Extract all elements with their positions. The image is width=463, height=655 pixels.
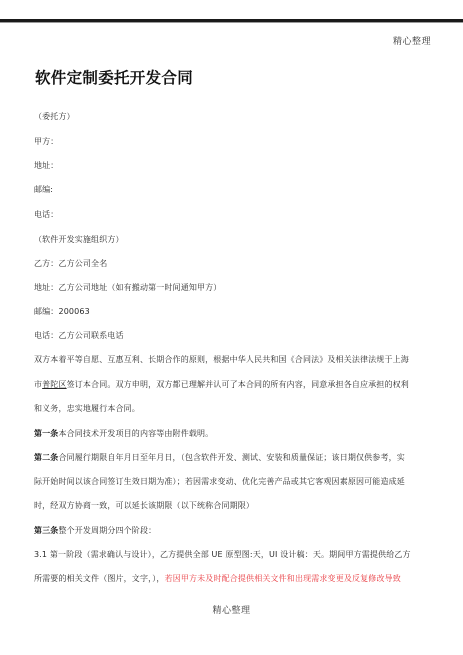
clause-3-1-highlighted-text: 若因甲方未及时配合提供相关文件和出现需求变更及反复修改导致 [165, 574, 401, 583]
preamble-location-underlined: 普陀区 [42, 380, 66, 389]
party-a-address-label: 地址： [34, 160, 58, 171]
party-a-postcode-label: 邮编: [34, 184, 53, 195]
clause-3-1-line-1: 3.1 第一阶段（需求确认与设计），乙方提供全部 UE 原型图:天，UI 设计稿… [34, 549, 411, 560]
document-title: 软件定制委托开发合同 [35, 66, 193, 88]
clause-2-text-1: 合同履行期限自年月日至年月日，（包含软件开发、测试、安装和质量保证；该日期仅供参… [58, 453, 404, 462]
preamble-line-2: 市普陀区签订本合同。双方申明，双方都已理解并认可了本合同的所有内容，同意承担各自… [34, 379, 409, 390]
party-b-role: （软件开发实施组织方） [34, 234, 124, 245]
party-a-phone-label: 电话： [34, 209, 58, 220]
clause-1-label: 第一条 [34, 429, 58, 438]
footer-note: 精心整理 [0, 603, 463, 616]
preamble-line-1: 双方本着平等自愿、互惠互利、长期合作的原则，根据中华人民共和国《合同法》及相关法… [34, 354, 409, 365]
clause-3: 第三条整个开发周期分四个阶段： [34, 525, 156, 536]
party-b-postcode: 邮编：200063 [34, 306, 90, 317]
party-a-role: （委托方） [34, 111, 75, 122]
clause-1: 第一条本合同技术开发项目的内容等由附件载明。 [34, 428, 213, 439]
clause-2-line-2: 际开始时间以该合同签订生效日期为准）；若因需求变动、优化完善产品或其它客观因素原… [34, 476, 405, 487]
clause-3-label: 第三条 [34, 526, 58, 535]
preamble-line-2-suffix: 签订本合同。双方申明，双方都已理解并认可了本合同的所有内容，同意承担各自应承担的… [67, 380, 409, 389]
preamble-line-3: 和义务，忠实地履行本合同。 [34, 403, 140, 414]
party-b-address: 地址：乙方公司地址（如有搬动第一时间通知甲方） [34, 282, 221, 293]
party-b-phone: 电话：乙方公司联系电话 [34, 330, 124, 341]
header-rule-shadow [0, 22, 463, 23]
party-a-name-label: 甲方： [34, 136, 58, 147]
clause-3-text: 整个开发周期分四个阶段： [58, 526, 156, 535]
party-b-name: 乙方：乙方公司全名 [34, 258, 107, 269]
clause-2-line-3: 时，经双方协商一致，可以延长该期限（以下统称合同期限） [34, 500, 254, 511]
preamble-line-2-prefix: 市 [34, 380, 42, 389]
clause-2-line-1: 第二条合同履行期限自年月日至年月日，（包含软件开发、测试、安装和质量保证；该日期… [34, 452, 405, 463]
clause-2-label: 第二条 [34, 453, 58, 462]
header-note: 精心整理 [393, 34, 431, 47]
clause-3-1-line-2: 所需要的相关文件（图片，文字，），若因甲方未及时配合提供相关文件和出现需求变更及… [34, 573, 401, 584]
clause-1-text: 本合同技术开发项目的内容等由附件载明。 [58, 429, 213, 438]
clause-3-1-text: 所需要的相关文件（图片，文字，）， [34, 574, 165, 583]
